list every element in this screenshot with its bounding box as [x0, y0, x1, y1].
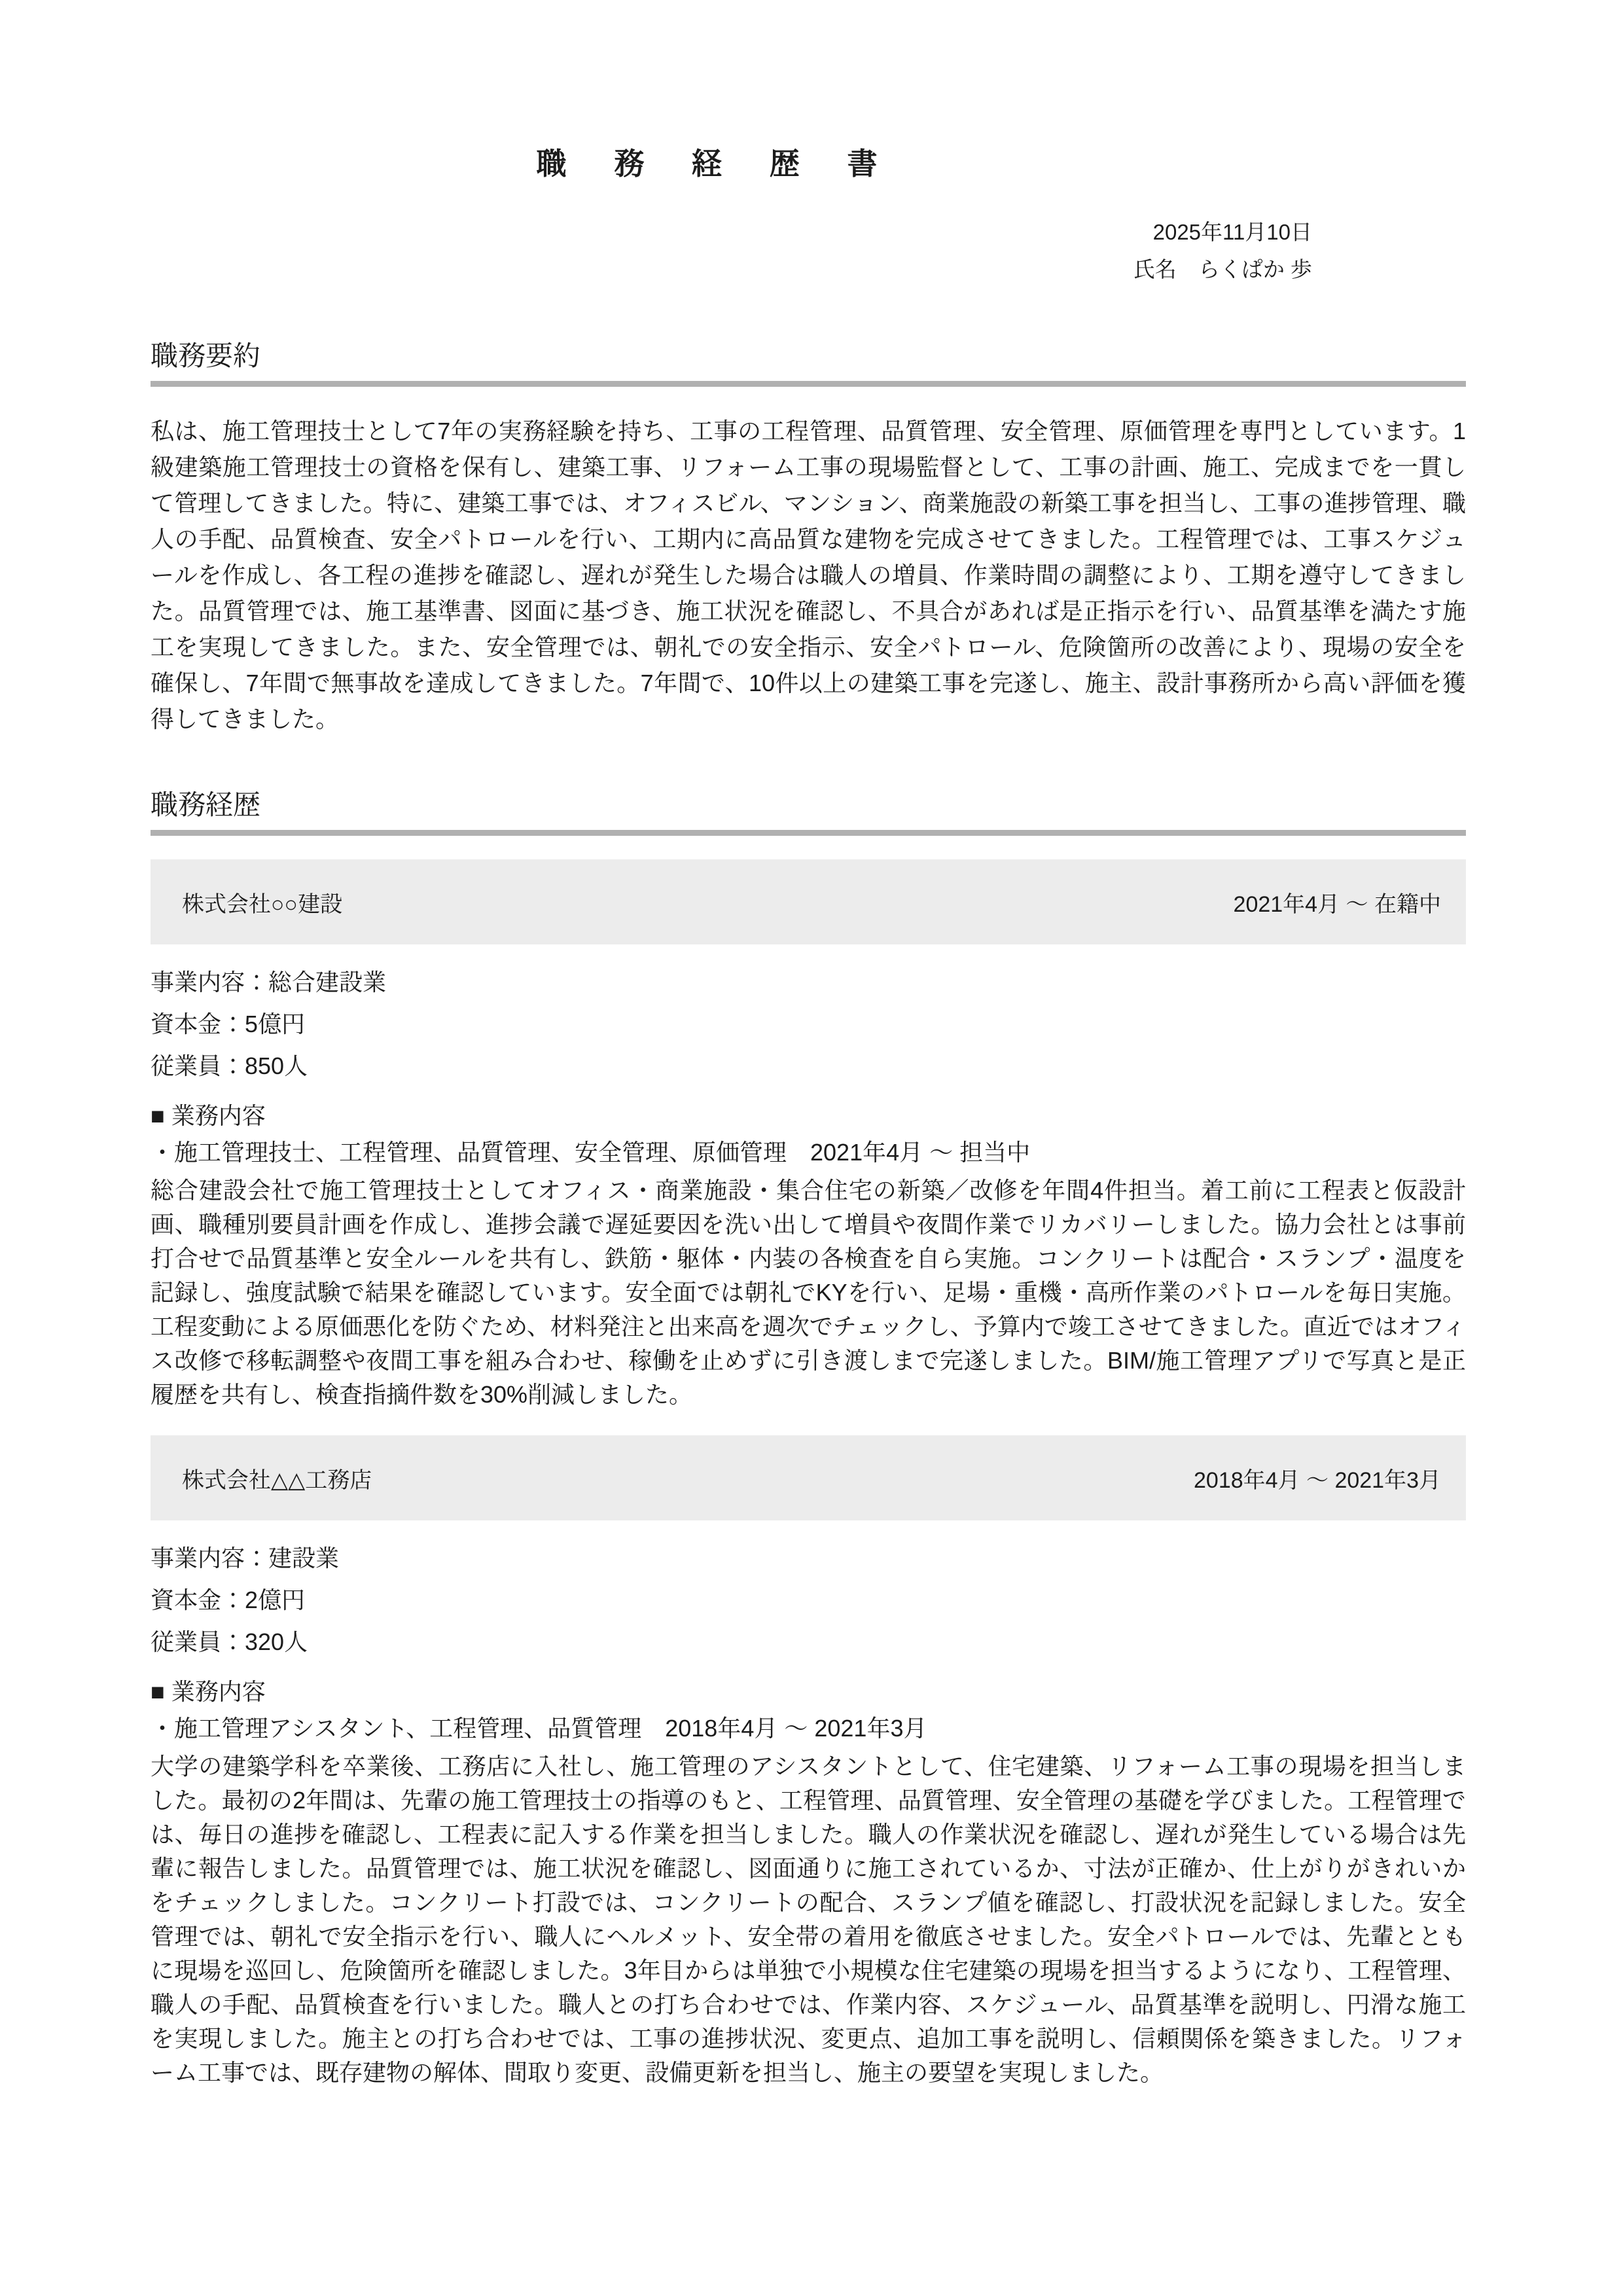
summary-body: 私は、施工管理技士として7年の実務経験を持ち、工事の工程管理、品質管理、安全管理… — [151, 413, 1466, 737]
company-description: 総合建設会社で施工管理技士としてオフィス・商業施設・集合住宅の新築／改修を年間4… — [151, 1174, 1466, 1412]
issue-date: 2025年11月10日 — [151, 213, 1312, 251]
work-content-heading: ■ 業務内容 — [151, 1098, 1466, 1134]
work-content-heading: ■ 業務内容 — [151, 1674, 1466, 1710]
company-employees: 従業員：320人 — [151, 1621, 1466, 1663]
company-details: 事業内容：建設業 資本金：2億円 従業員：320人 — [151, 1537, 1466, 1663]
history-section: 職務経歴 株式会社○○建設 2021年4月 〜 在籍中 事業内容：総合建設業 資… — [151, 789, 1466, 2090]
company-details: 事業内容：総合建設業 資本金：5億円 従業員：850人 — [151, 961, 1466, 1087]
company-employees: 従業員：850人 — [151, 1045, 1466, 1087]
company-header: 株式会社○○建設 2021年4月 〜 在籍中 — [151, 859, 1466, 944]
history-rule — [151, 830, 1466, 836]
company-period: 2018年4月 〜 2021年3月 — [1194, 1462, 1441, 1494]
company-business: 事業内容：建設業 — [151, 1537, 1466, 1579]
role-line: ・施工管理アシスタント、工程管理、品質管理 2018年4月 〜 2021年3月 — [151, 1710, 1466, 1747]
company-capital: 資本金：2億円 — [151, 1579, 1466, 1621]
company-description: 大学の建築学科を卒業後、工務店に入社し、施工管理のアシスタントとして、住宅建築、… — [151, 1749, 1466, 2090]
company-block: 株式会社△△工務店 2018年4月 〜 2021年3月 事業内容：建設業 資本金… — [151, 1435, 1466, 2090]
company-name: 株式会社○○建設 — [182, 886, 342, 918]
summary-section: 職務要約 私は、施工管理技士として7年の実務経験を持ち、工事の工程管理、品質管理… — [151, 340, 1466, 737]
document-meta: 2025年11月10日 氏名 らくぱか 歩 — [151, 213, 1466, 288]
resume-page: 職 務 経 歴 書 2025年11月10日 氏名 らくぱか 歩 職務要約 私は、… — [0, 0, 1623, 2296]
history-heading: 職務経歴 — [151, 789, 1466, 821]
document-title: 職 務 経 歴 書 — [151, 147, 1283, 181]
summary-heading: 職務要約 — [151, 340, 1466, 372]
company-period: 2021年4月 〜 在籍中 — [1234, 886, 1441, 918]
role-line: ・施工管理技士、工程管理、品質管理、安全管理、原価管理 2021年4月 〜 担当… — [151, 1134, 1466, 1171]
company-business: 事業内容：総合建設業 — [151, 961, 1466, 1003]
summary-rule — [151, 381, 1466, 387]
company-header: 株式会社△△工務店 2018年4月 〜 2021年3月 — [151, 1435, 1466, 1520]
company-capital: 資本金：5億円 — [151, 1003, 1466, 1045]
company-block: 株式会社○○建設 2021年4月 〜 在籍中 事業内容：総合建設業 資本金：5億… — [151, 859, 1466, 1412]
company-name: 株式会社△△工務店 — [182, 1462, 372, 1494]
author-name: 氏名 らくぱか 歩 — [151, 251, 1312, 288]
